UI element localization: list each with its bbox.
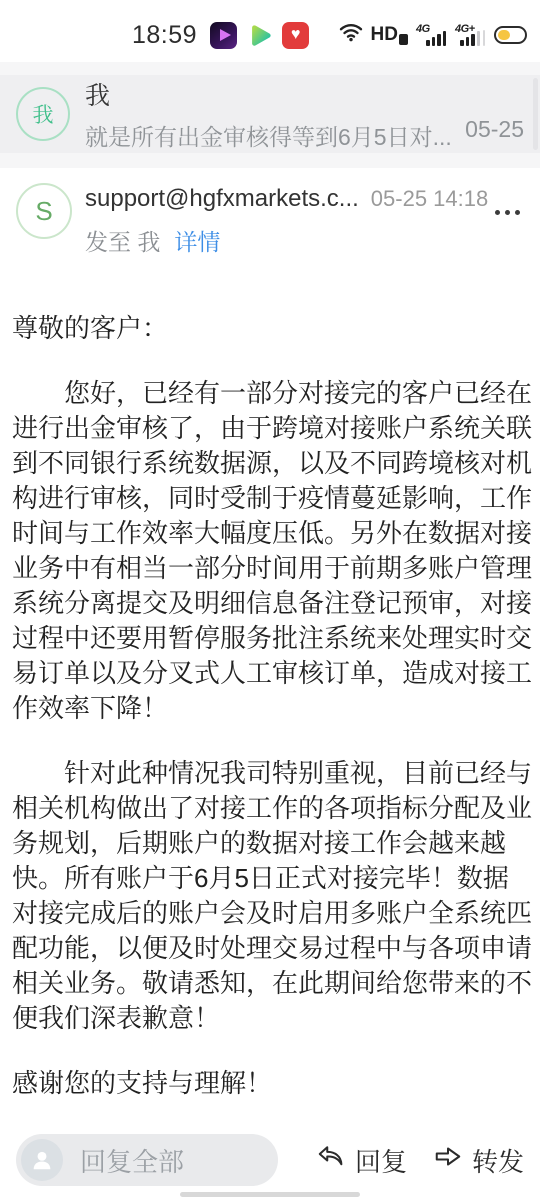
email-header-texts: support@hgfxmarkets.c... 05-25 14:18 发至 …: [85, 183, 524, 257]
reply-button[interactable]: 回复: [316, 1142, 407, 1179]
volte-hd-icon: HD: [371, 24, 408, 46]
heart-app-icon: ♥: [282, 22, 309, 49]
avatar-me: 我: [16, 87, 70, 141]
status-indicators: HD 4G 4G+: [339, 22, 527, 48]
salutation: 尊敬的客户：: [12, 311, 532, 346]
collapsed-message-row[interactable]: 我 我 就是所有出金审核得等到6月5日对... 05-25: [0, 75, 540, 153]
signal-4g-icon: 4G: [416, 23, 447, 48]
user-avatar-icon: [21, 1139, 63, 1181]
reply-icon: [316, 1143, 346, 1178]
thread-list: 我 我 就是所有出金审核得等到6月5日对... 05-25: [0, 62, 540, 168]
body-paragraph-2: 针对此种情况我司特别重视，目前已经与相关机构做出了对接工作的各项指标分配及业务规…: [12, 756, 532, 1036]
closing-line: 感谢您的支持与理解！: [12, 1066, 532, 1101]
battery-icon: [494, 26, 527, 44]
notification-app-icons: ♥: [210, 22, 309, 49]
avatar-sender[interactable]: S: [16, 183, 72, 239]
sender-address[interactable]: support@hgfxmarkets.c...: [85, 185, 359, 213]
body-paragraph-1: 您好，已经有一部分对接完的客户已经在进行出金审核了，由于跨境对接账户系统关联到不…: [12, 376, 532, 726]
home-indicator-bar[interactable]: [180, 1192, 360, 1197]
action-bar: 回复全部 回复 转发: [0, 1132, 540, 1188]
forward-button[interactable]: 转发: [433, 1142, 524, 1179]
reply-label: 回复: [355, 1142, 407, 1179]
wifi-icon: [339, 22, 363, 48]
sender-name-me: 我: [85, 76, 455, 112]
scrollbar-thumb[interactable]: [533, 78, 538, 150]
status-bar: 18:59 ♥ HD: [0, 0, 540, 62]
email-datetime: 05-25 14:18: [371, 186, 488, 212]
play-app-icon: [246, 22, 273, 49]
signal-4g-plus-icon: 4G+: [455, 23, 486, 48]
reply-all-input[interactable]: 回复全部: [16, 1134, 278, 1186]
email-header: S support@hgfxmarkets.c... 05-25 14:18 发…: [0, 168, 540, 271]
message-snippet: 就是所有出金审核得等到6月5日对...: [85, 119, 455, 152]
sent-to-label: 发至 我: [85, 224, 160, 257]
collapsed-message-texts: 我 就是所有出金审核得等到6月5日对...: [85, 76, 455, 152]
clock: 18:59: [132, 21, 197, 50]
mail-body: 尊敬的客户： 您好，已经有一部分对接完的客户已经在进行出金审核了，由于跨境对接账…: [0, 271, 540, 1101]
forward-label: 转发: [472, 1142, 524, 1179]
more-options-icon[interactable]: [495, 210, 520, 215]
details-link[interactable]: 详情: [174, 224, 220, 257]
reply-all-placeholder: 回复全部: [80, 1142, 184, 1179]
video-app-icon: [210, 22, 237, 49]
message-date: 05-25: [465, 116, 524, 143]
mail-app-screen: 18:59 ♥ HD: [0, 0, 540, 1200]
forward-icon: [433, 1143, 463, 1178]
